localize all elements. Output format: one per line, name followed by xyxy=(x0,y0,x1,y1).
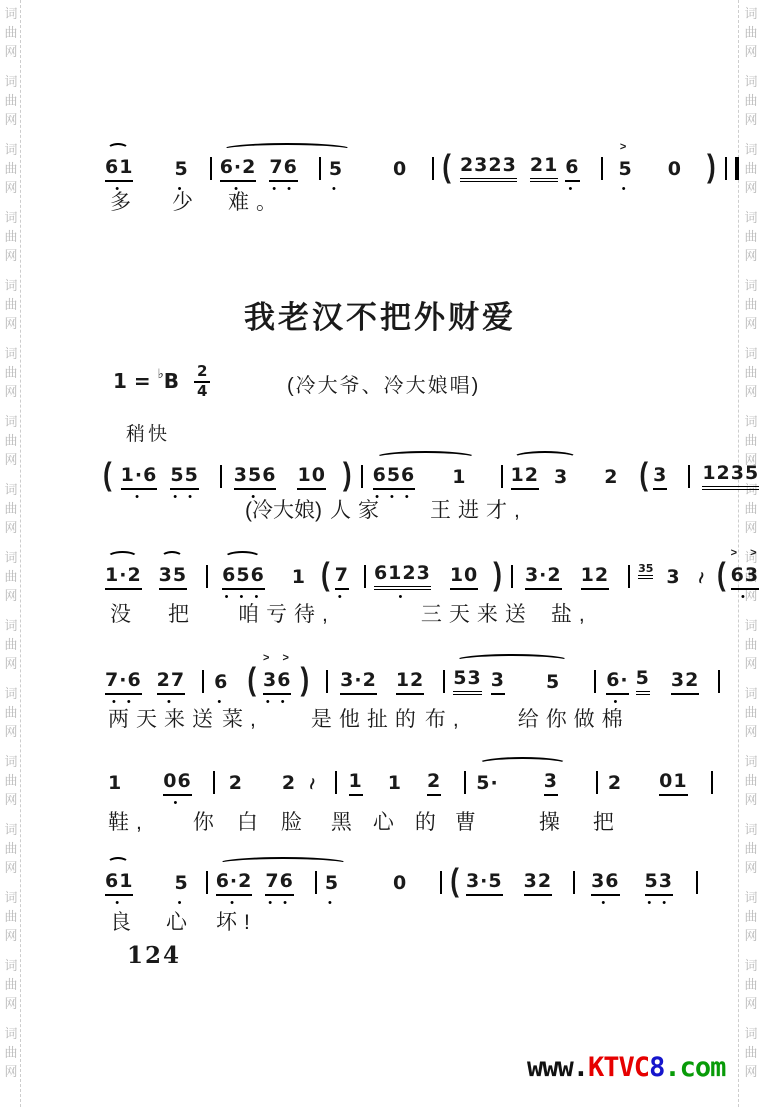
page-number: 124 xyxy=(127,942,181,969)
lyric-segment: 三 xyxy=(421,598,449,628)
notation-token: 61• xyxy=(105,154,133,182)
notation-token: 3 xyxy=(554,464,568,490)
octave-dots: • xyxy=(619,183,633,195)
notation-token: 6·• xyxy=(606,667,628,695)
big-paren: ( xyxy=(717,558,726,591)
watermark-char: 词 xyxy=(742,344,760,363)
watermark-char: 词 xyxy=(2,344,20,363)
grace-notes: 35 xyxy=(638,563,653,579)
watermark-char: 词 xyxy=(742,140,760,159)
notation-token: 6·2• xyxy=(220,154,257,182)
note-digits: 3·2 xyxy=(340,667,377,695)
lyric-segment: 来 xyxy=(477,598,505,628)
barline xyxy=(573,871,575,894)
notation-token: 32 xyxy=(524,868,552,896)
watermark-char: 曲 xyxy=(2,227,20,246)
notation-token: 5 xyxy=(636,665,650,695)
note-digits: 1·6 xyxy=(121,462,158,490)
watermark-char: 曲 xyxy=(2,363,20,382)
note-digits: 3 xyxy=(544,768,558,796)
lyric-segment: 给 xyxy=(518,703,546,733)
octave-dots: • • xyxy=(170,491,198,503)
lyric-segment: 待, xyxy=(294,598,335,628)
watermark-char: 曲 xyxy=(742,907,760,926)
note-digits: 3 xyxy=(666,564,680,590)
lyric-segment: 两天来送 xyxy=(108,703,220,733)
watermark-char: 曲 xyxy=(742,499,760,518)
notation-token: 06 • xyxy=(163,768,191,796)
watermark-char: 网 xyxy=(742,858,760,877)
watermark-char: 曲 xyxy=(742,975,760,994)
lyric-segment: 把 xyxy=(168,598,196,628)
notation-token: 0 xyxy=(393,870,407,896)
notation-token: 656• • • xyxy=(373,462,416,490)
watermark-char: 网 xyxy=(2,42,20,61)
lyric-segment: 他扯的 xyxy=(339,703,423,733)
barline xyxy=(335,771,337,794)
note-digits: 32 xyxy=(524,868,552,896)
big-paren: ( xyxy=(247,663,256,696)
note-digits: 76 xyxy=(265,868,293,896)
notation-token: 656• • •1 xyxy=(373,462,480,490)
watermark-char: 网 xyxy=(2,586,20,605)
music-line-4: 106 •22≀1125·3201 xyxy=(108,768,721,796)
note-digits: 5 xyxy=(329,156,343,182)
note-digits: 0 xyxy=(393,870,407,896)
watermark-char: 网 xyxy=(742,110,760,129)
note-digits: 3 xyxy=(554,464,568,490)
notation-token: > >36• • xyxy=(263,667,291,695)
lyrics-line-2: 没把咱亏待,三天来送盐, xyxy=(110,598,592,628)
music-line-1: (1·6 •55• •356 •10)656• • •11232(3123520… xyxy=(103,460,760,490)
watermark-char: 词 xyxy=(2,1024,20,1043)
lyric-segment: 王进 xyxy=(430,494,486,524)
notation-token: 35 xyxy=(638,574,653,590)
notation-token: 3 xyxy=(491,667,505,695)
octave-dots: • xyxy=(325,897,339,909)
accent-mark: > > xyxy=(263,652,291,664)
music-line-3: 7·6• •27 •6•(> >36• •)3·21253356·•532 xyxy=(105,665,728,695)
time-signature: 2 4 xyxy=(194,364,210,400)
lyric-segment: 坏! xyxy=(216,906,257,936)
notation-token: 123 xyxy=(511,462,582,490)
notation-token: 76• • xyxy=(265,868,293,896)
watermark-char: 曲 xyxy=(2,635,20,654)
note-digits: 2 xyxy=(229,770,243,796)
notation-token: 01 xyxy=(659,768,687,796)
lyric-segment: 鞋, xyxy=(108,806,149,836)
notation-token: 35 xyxy=(159,562,187,590)
note-digits: 2 xyxy=(604,464,618,490)
barline xyxy=(432,157,434,180)
watermark-char: 网 xyxy=(742,246,760,265)
note-digits: 3·2 xyxy=(525,562,562,590)
slur-arc xyxy=(161,551,183,564)
notation-token: 2 xyxy=(604,464,618,490)
notation-token: 7·6• • xyxy=(105,667,142,695)
watermark-char: 词 xyxy=(742,956,760,975)
watermark-char: 曲 xyxy=(2,295,20,314)
big-paren: ) xyxy=(707,150,716,183)
watermark-char: 网 xyxy=(742,654,760,673)
watermark-char: 网 xyxy=(742,722,760,741)
big-paren: ) xyxy=(300,663,309,696)
octave-dots: • xyxy=(591,897,619,909)
note-digits: 12 xyxy=(511,462,539,490)
lyrics-line-4: 鞋,你白脸黑心的曹操把 xyxy=(108,806,621,836)
note-digits: 1 xyxy=(292,564,306,590)
watermark-char: 网 xyxy=(2,1062,20,1081)
lyric-segment: 是 xyxy=(311,703,339,733)
watermark-char: 网 xyxy=(742,518,760,537)
barline xyxy=(361,465,363,488)
big-paren: ( xyxy=(321,558,330,591)
big-paren: ( xyxy=(103,458,112,491)
note-digits: 2 xyxy=(608,770,622,796)
watermark-char: 曲 xyxy=(2,771,20,790)
watermark-char: 词 xyxy=(742,276,760,295)
notation-token: 55• • xyxy=(170,462,198,490)
watermark-left: 词曲网词曲网词曲网词曲网词曲网词曲网词曲网词曲网词曲网词曲网词曲网词曲网词曲网词… xyxy=(2,4,20,1092)
lyric-segment: 把 xyxy=(593,806,621,836)
barline xyxy=(511,565,513,588)
left-dashed-border xyxy=(20,0,21,1107)
barline xyxy=(688,465,690,488)
notation-token: 5 xyxy=(546,669,560,695)
note-digits: 5 xyxy=(546,669,560,695)
note-digits: 36 xyxy=(591,868,619,896)
meter-numerator: 2 xyxy=(194,364,210,383)
note-digits: 6 xyxy=(214,669,228,695)
lyric-segment: 送 xyxy=(505,598,533,628)
watermark-char: 曲 xyxy=(2,907,20,926)
watermark-char: 网 xyxy=(2,178,20,197)
lyric-segment: 你做棉 xyxy=(546,703,630,733)
watermark-char: 曲 xyxy=(742,363,760,382)
big-paren: ( xyxy=(442,150,451,183)
watermark-char: 曲 xyxy=(742,839,760,858)
note-digits: 5 xyxy=(636,665,650,695)
logo-eight: 8 xyxy=(649,1052,664,1083)
notation-token: 5335 xyxy=(453,665,573,695)
watermark-char: 曲 xyxy=(2,159,20,178)
slur-arc xyxy=(224,551,261,564)
key-equals: = xyxy=(134,369,151,393)
watermark-char: 曲 xyxy=(742,1043,760,1062)
note-digits: 6123 xyxy=(374,560,431,590)
note-digits: 55 xyxy=(170,462,198,490)
notation-token: 3·5 xyxy=(466,868,503,896)
notation-token: 5• xyxy=(174,870,188,896)
notation-token: 21 xyxy=(530,152,558,182)
watermark-char: 词 xyxy=(2,956,20,975)
big-paren: ( xyxy=(639,458,648,491)
watermark-char: 网 xyxy=(2,518,20,537)
notation-token: 61• xyxy=(105,868,133,896)
accent-mark: > xyxy=(619,141,633,153)
watermark-char: 曲 xyxy=(2,975,20,994)
lyric-segment: 心 xyxy=(166,906,194,936)
barline xyxy=(213,771,215,794)
note-digits: 35 xyxy=(159,562,187,590)
lyric-segment: 少 xyxy=(172,186,200,216)
logo-ktvc: KTVC xyxy=(588,1052,649,1083)
lyric-segment: 黑 xyxy=(331,806,359,836)
note-digits: 01 xyxy=(659,768,687,796)
note-digits: 76 xyxy=(269,154,297,182)
key-signature: 1 = ♭B 2 4 xyxy=(113,364,210,400)
watermark-char: 词 xyxy=(742,684,760,703)
barline xyxy=(319,157,321,180)
watermark-char: 曲 xyxy=(2,499,20,518)
watermark-char: 网 xyxy=(742,382,760,401)
note-digits: 1235 xyxy=(702,460,759,490)
barline xyxy=(220,465,222,488)
barline xyxy=(718,670,720,693)
lyric-segment: 曹 xyxy=(455,806,483,836)
barline xyxy=(202,670,204,693)
big-paren: ) xyxy=(343,458,352,491)
watermark-char: 网 xyxy=(2,994,20,1013)
lyrics-line-3: 两天来送菜,是他扯的布,给你做棉 xyxy=(108,703,630,733)
watermark-char: 网 xyxy=(2,314,20,333)
barline xyxy=(628,565,630,588)
notation-token: 2 xyxy=(229,770,243,796)
watermark-char: 网 xyxy=(2,722,20,741)
lyric-segment: 你 xyxy=(193,806,221,836)
note-digits: 21 xyxy=(530,152,558,182)
notation-token: 12 xyxy=(511,462,539,490)
notation-token: 1 xyxy=(108,770,122,796)
notation-token: 10 xyxy=(450,562,478,590)
notation-token: 6·2•76• •5• xyxy=(220,154,356,182)
barline xyxy=(594,670,596,693)
watermark-char: 网 xyxy=(2,246,20,265)
notation-token: 6123• xyxy=(374,560,431,590)
note-digits: 656 xyxy=(373,462,416,490)
notation-token: 2323 xyxy=(460,152,517,182)
notation-token: 5·3 xyxy=(476,768,571,796)
site-logo[interactable]: www.KTVC8.com xyxy=(527,1052,725,1083)
watermark-char: 曲 xyxy=(742,295,760,314)
lyric-segment: 咱亏 xyxy=(238,598,294,628)
barline xyxy=(206,565,208,588)
lyric-segment: 没 xyxy=(110,598,138,628)
watermark-char: 词 xyxy=(742,752,760,771)
music-line-5: 61•5•6·2•76• •5•0(3·53236 •53• • xyxy=(105,868,706,896)
note-digits: 656 xyxy=(222,562,265,590)
notation-token: 5· xyxy=(476,770,498,796)
octave-dots: • • xyxy=(645,897,673,909)
note-digits: 53 xyxy=(453,665,481,695)
octave-dots: • xyxy=(565,183,579,195)
watermark-char: 网 xyxy=(742,926,760,945)
notation-token: 5• xyxy=(174,156,188,182)
watermark-char: 词 xyxy=(2,208,20,227)
watermark-char: 网 xyxy=(2,926,20,945)
notation-token: 3·2 xyxy=(525,562,562,590)
note-digits: 7·6 xyxy=(105,667,142,695)
watermark-char: 曲 xyxy=(2,431,20,450)
note-digits: 0 xyxy=(668,156,682,182)
watermark-char: 曲 xyxy=(2,23,20,42)
notation-token: 7• xyxy=(335,562,349,590)
watermark-char: 曲 xyxy=(742,635,760,654)
big-paren: ( xyxy=(450,864,459,897)
note-digits: 1 xyxy=(349,768,363,796)
watermark-char: 词 xyxy=(2,752,20,771)
note-digits: 356 xyxy=(234,462,277,490)
note-digits: 3 xyxy=(491,667,505,695)
notation-token: 1·6 • xyxy=(121,462,158,490)
note-digits: 10 xyxy=(450,562,478,590)
song-title: 我老汉不把外财爱 xyxy=(244,292,516,337)
notation-token: 2 xyxy=(608,770,622,796)
watermark-char: 曲 xyxy=(742,159,760,178)
barline xyxy=(501,465,503,488)
watermark-char: 词 xyxy=(2,140,20,159)
notation-token: 6• xyxy=(214,669,228,695)
watermark-char: 网 xyxy=(742,790,760,809)
watermark-char: 词 xyxy=(742,820,760,839)
notation-token: 3 xyxy=(544,768,558,796)
watermark-char: 曲 xyxy=(742,703,760,722)
notation-token: 1·2 xyxy=(105,562,142,590)
watermark-char: 词 xyxy=(742,4,760,23)
notation-token: >5• xyxy=(619,156,633,182)
watermark-char: 网 xyxy=(742,1062,760,1081)
lyric-segment: 天 xyxy=(449,598,477,628)
watermark-char: 词 xyxy=(2,72,20,91)
watermark-char: 词 xyxy=(2,616,20,635)
watermark-char: 网 xyxy=(742,178,760,197)
lyric-segment: 难。 xyxy=(228,186,284,216)
notation-token: 6·2• xyxy=(216,868,253,896)
notation-token: 3 xyxy=(653,462,667,490)
watermark-char: 曲 xyxy=(742,771,760,790)
watermark-char: 词 xyxy=(742,208,760,227)
watermark-char: 词 xyxy=(2,684,20,703)
octave-dots: • xyxy=(329,183,343,195)
watermark-char: 曲 xyxy=(742,91,760,110)
notation-token: 1 xyxy=(349,768,363,796)
notation-token: 656• • • xyxy=(222,562,265,590)
note-digits: 61 xyxy=(105,154,133,182)
notation-token: 1 xyxy=(452,464,466,490)
watermark-char: 网 xyxy=(2,450,20,469)
barline xyxy=(443,670,445,693)
note-digits: 5 xyxy=(325,870,339,896)
octave-dots: • • xyxy=(265,897,293,909)
final-barline xyxy=(725,157,739,180)
watermark-char: 词 xyxy=(742,888,760,907)
watermark-char: 词 xyxy=(742,412,760,431)
watermark-char: 网 xyxy=(742,42,760,61)
lyric-segment: 操 xyxy=(539,806,567,836)
watermark-char: 词 xyxy=(2,480,20,499)
note-digits: 5 xyxy=(619,156,633,182)
glissando-mark: ≀ xyxy=(695,566,707,591)
meter-denominator: 4 xyxy=(194,383,210,400)
notation-token: 1235 xyxy=(702,460,759,490)
lyric-segment: 多 xyxy=(110,186,138,216)
slur-arc xyxy=(107,551,138,564)
logo-www: www. xyxy=(527,1052,588,1083)
note-digits: 6 xyxy=(565,154,579,182)
watermark-char: 曲 xyxy=(2,703,20,722)
note-digits: 5· xyxy=(476,770,498,796)
note-digits: 1·2 xyxy=(105,562,142,590)
watermark-char: 网 xyxy=(2,858,20,877)
glissando-mark: ≀ xyxy=(306,772,318,797)
notation-token: 12 xyxy=(581,562,609,590)
watermark-char: 词 xyxy=(742,72,760,91)
notation-token: > >63• xyxy=(731,562,759,590)
watermark-char: 曲 xyxy=(2,1043,20,1062)
note-digits: 12 xyxy=(396,667,424,695)
notation-token: 0 xyxy=(393,156,407,182)
note-digits: 36 xyxy=(263,667,291,695)
barline xyxy=(364,565,366,588)
barline xyxy=(206,871,208,894)
note-digits: 5 xyxy=(174,156,188,182)
notation-token: 0 xyxy=(668,156,682,182)
note-digits: 27 xyxy=(157,667,185,695)
notation-token: 2 xyxy=(282,770,296,796)
performers-label: (冷大爷、冷大娘唱) xyxy=(287,369,480,398)
notation-token: 1 xyxy=(388,770,402,796)
notation-token: 356 • xyxy=(234,462,277,490)
barline xyxy=(315,871,317,894)
notation-token: 6·2•76• •5• xyxy=(216,868,352,896)
note-digits: 0 xyxy=(393,156,407,182)
note-digits: 61 xyxy=(105,868,133,896)
lyric-segment: 白 xyxy=(237,806,265,836)
key-tonic: 1 xyxy=(113,369,127,393)
music-line-2: 1·235656• • •1(7•6123•10)3·212353≀(> >63… xyxy=(105,560,760,590)
watermark-char: 词 xyxy=(2,412,20,431)
notation-token: 27 • xyxy=(157,667,185,695)
watermark-char: 词 xyxy=(2,888,20,907)
watermark-char: 词 xyxy=(2,4,20,23)
note-digits: 1 xyxy=(388,770,402,796)
notation-token: 53 xyxy=(453,665,481,695)
note-digits: 32 xyxy=(671,667,699,695)
watermark-char: 网 xyxy=(2,382,20,401)
note-digits: 53 xyxy=(645,868,673,896)
notation-token: 53• • xyxy=(645,868,673,896)
notation-token: 3 xyxy=(666,564,680,590)
note-digits: 1 xyxy=(452,464,466,490)
lyric-segment: 才, xyxy=(486,494,527,524)
octave-dots: • xyxy=(731,591,759,603)
note-digits: 63 xyxy=(731,562,759,590)
note-digits: 12 xyxy=(581,562,609,590)
watermark-char: 网 xyxy=(2,790,20,809)
logo-com: .com xyxy=(664,1052,725,1083)
notation-token: 36 • xyxy=(591,868,619,896)
watermark-char: 词 xyxy=(742,616,760,635)
big-paren: ) xyxy=(493,558,502,591)
watermark-char: 曲 xyxy=(2,567,20,586)
notation-token: 10 xyxy=(297,462,325,490)
watermark-char: 网 xyxy=(742,314,760,333)
notation-token: 12 xyxy=(396,667,424,695)
lyric-segment: 良 xyxy=(110,906,138,936)
note-digits: 6·2 xyxy=(220,154,257,182)
note-digits: 7 xyxy=(335,562,349,590)
barline xyxy=(326,670,328,693)
